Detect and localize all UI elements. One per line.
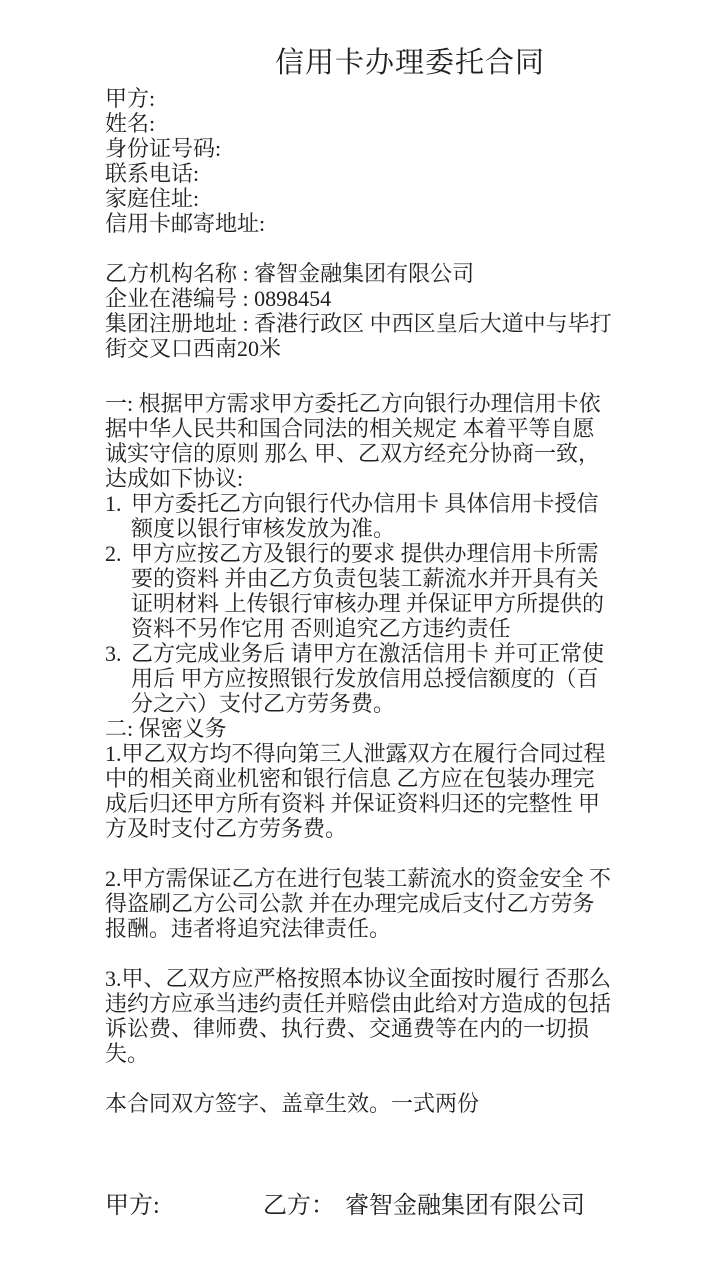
section-one-intro: 一: 根据甲方需求甲方委托乙方向银行办理信用卡依 据中华人民共和国合同法的相关规… bbox=[105, 391, 645, 491]
confidentiality-paragraph-2: 2.甲方需保证乙方在进行包装工薪流水的资金安全 不 得盗刷乙方公司公款 并在办理… bbox=[105, 866, 645, 941]
item-text: 乙方完成业务后 请甲方在激活信用卡 并可正常使 用后 甲方应按照银行发放信用总授… bbox=[131, 641, 645, 716]
item-text: 甲方委托乙方向银行代办信用卡 具体信用卡授信 额度以银行审核发放为准。 bbox=[131, 491, 645, 541]
home-address-field-label: 家庭住址: bbox=[105, 186, 645, 211]
item-number: 3. bbox=[105, 641, 131, 716]
party-b-org-name: 乙方机构名称 : 睿智金融集团有限公司 bbox=[105, 261, 645, 286]
document-title: 信用卡办理委托合同 bbox=[105, 46, 715, 80]
id-number-field-label: 身份证号码: bbox=[105, 136, 645, 161]
list-item-2: 2. 甲方应按乙方及银行的要求 提供办理信用卡所需 要的资料 并由乙方负责包装工… bbox=[105, 541, 645, 641]
party-a-signature-label: 甲方: bbox=[105, 1192, 263, 1220]
item-number: 2. bbox=[105, 541, 131, 641]
closing-statement: 本合同双方签字、盖章生效。一式两份 bbox=[105, 1091, 645, 1116]
party-b-info: 乙方机构名称 : 睿智金融集团有限公司 企业在港编号 : 0898454 集团注… bbox=[105, 261, 645, 361]
item-number: 1. bbox=[105, 491, 131, 541]
phone-field-label: 联系电话: bbox=[105, 161, 645, 186]
party-a-label: 甲方: bbox=[105, 86, 645, 111]
section-two-heading: 二: 保密义务 bbox=[105, 716, 645, 741]
name-field-label: 姓名: bbox=[105, 111, 645, 136]
party-b-registered-address: 集团注册地址 : 香港行政区 中西区皇后大道中与毕打 街交叉口西南20米 bbox=[105, 311, 645, 361]
item-text: 甲方应按乙方及银行的要求 提供办理信用卡所需 要的资料 并由乙方负责包装工薪流水… bbox=[131, 541, 645, 641]
contract-document-page: 信用卡办理委托合同 甲方: 姓名: 身份证号码: 联系电话: 家庭住址: 信用卡… bbox=[0, 0, 720, 1280]
signature-row: 甲方:乙方：睿智金融集团有限公司 bbox=[105, 1192, 645, 1220]
section-one-list: 1. 甲方委托乙方向银行代办信用卡 具体信用卡授信 额度以银行审核发放为准。 2… bbox=[105, 491, 645, 716]
party-b-registration-number: 企业在港编号 : 0898454 bbox=[105, 286, 645, 311]
party-b-signature-name: 睿智金融集团有限公司 bbox=[345, 1193, 585, 1219]
confidentiality-paragraph-1: 1.甲乙双方均不得向第三人泄露双方在履行合同过程 中的相关商业机密和银行信息 乙… bbox=[105, 741, 645, 841]
party-b-signature-label: 乙方： bbox=[263, 1193, 335, 1219]
confidentiality-paragraph-3: 3.甲、乙双方应严格按照本协议全面按时履行 否那么 违约方应承当违约责任并赔偿由… bbox=[105, 966, 645, 1066]
contract-content: 信用卡办理委托合同 甲方: 姓名: 身份证号码: 联系电话: 家庭住址: 信用卡… bbox=[105, 46, 645, 1220]
list-item-3: 3. 乙方完成业务后 请甲方在激活信用卡 并可正常使 用后 甲方应按照银行发放信… bbox=[105, 641, 645, 716]
mailing-address-field-label: 信用卡邮寄地址: bbox=[105, 211, 645, 236]
party-a-fields: 甲方: 姓名: 身份证号码: 联系电话: 家庭住址: 信用卡邮寄地址: bbox=[105, 86, 645, 236]
list-item-1: 1. 甲方委托乙方向银行代办信用卡 具体信用卡授信 额度以银行审核发放为准。 bbox=[105, 491, 645, 541]
